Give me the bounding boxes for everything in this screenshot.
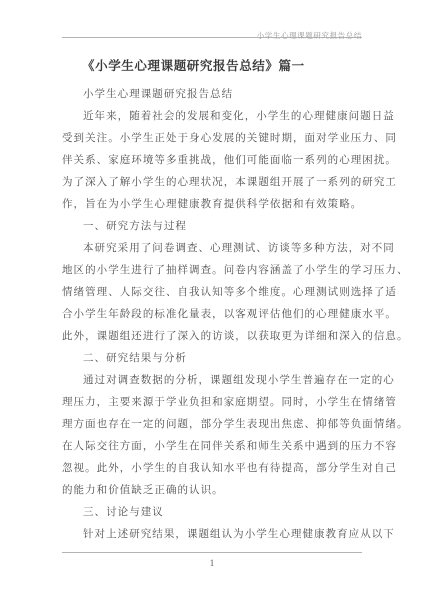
page-header: 小学生心理课题研究报告总结	[62, 25, 362, 38]
paragraph-container: 小学生心理课题研究报告总结近年来，随着社会的发展和变化，小学生的心理健康问题日益…	[62, 84, 362, 546]
page-footer: 1	[62, 552, 362, 571]
text-line: 一、研究方法与过程	[62, 216, 362, 238]
paragraph: 针对上述研究结果，课题组认为小学生心理健康教育应从以下	[62, 524, 362, 546]
paragraph: 近年来，随着社会的发展和变化，小学生的心理健康问题日益受到关注。小学生正处于身心…	[62, 106, 362, 216]
text-line: 理压力，主要来源于学业负担和家庭期望。同时，小学生在情绪管	[62, 392, 362, 414]
text-line: 受到关注。小学生正处于身心发展的关键时期，面对学业压力、同	[62, 128, 362, 150]
heading: 一、研究方法与过程	[62, 216, 362, 238]
paragraph: 通过对调查数据的分析，课题组发现小学生普遍存在一定的心理压力，主要来源于学业负担…	[62, 370, 362, 502]
document-body: 《小学生心理课题研究报告总结》篇一 小学生心理课题研究报告总结近年来，随着社会的…	[62, 58, 362, 546]
paragraph: 小学生心理课题研究报告总结	[62, 84, 362, 106]
text-line: 为了深入了解小学生的心理状况，本课题组开展了一系列的研究工	[62, 172, 362, 194]
text-line: 本研究采用了问卷调查、心理测试、访谈等多种方法，对不同	[62, 238, 362, 260]
document-page: 小学生心理课题研究报告总结 《小学生心理课题研究报告总结》篇一 小学生心理课题研…	[0, 0, 424, 600]
text-line: 在人际交往方面，小学生在同伴关系和师生关系中遇到的压力不容	[62, 436, 362, 458]
text-line: 二、研究结果与分析	[62, 348, 362, 370]
text-line: 合小学生年龄段的标准化量表，以客观评估他们的心理健康水平。	[62, 304, 362, 326]
heading: 二、研究结果与分析	[62, 348, 362, 370]
text-line: 伴关系、家庭环境等多重挑战，他们可能面临一系列的心理困扰。	[62, 150, 362, 172]
text-line: 近年来，随着社会的发展和变化，小学生的心理健康问题日益	[62, 106, 362, 128]
text-line: 小学生心理课题研究报告总结	[62, 84, 362, 106]
text-line: 地区的小学生进行了抽样调查。问卷内容涵盖了小学生的学习压力、	[62, 260, 362, 282]
text-line: 作，旨在为小学生心理健康教育提供科学依据和有效策略。	[62, 194, 362, 216]
text-line: 忽视。此外，小学生的自我认知水平也有待提高，部分学生对自己	[62, 458, 362, 480]
paragraph: 本研究采用了问卷调查、心理测试、访谈等多种方法，对不同地区的小学生进行了抽样调查…	[62, 238, 362, 348]
page-number: 1	[210, 558, 215, 568]
text-line: 针对上述研究结果，课题组认为小学生心理健康教育应从以下	[62, 524, 362, 546]
heading: 三、讨论与建议	[62, 502, 362, 524]
document-title: 《小学生心理课题研究报告总结》篇一	[62, 58, 362, 74]
text-line: 三、讨论与建议	[62, 502, 362, 524]
text-line: 此外，课题组还进行了深入的访谈，以获取更为详细和深入的信息。	[62, 326, 362, 348]
text-line: 情绪管理、人际交往、自我认知等多个维度。心理测试则选择了适	[62, 282, 362, 304]
text-line: 通过对调查数据的分析，课题组发现小学生普遍存在一定的心	[62, 370, 362, 392]
running-header-title: 小学生心理课题研究报告总结	[257, 31, 362, 40]
text-line: 理方面也存在一定的问题，部分学生表现出焦虑、抑郁等负面情绪。	[62, 414, 362, 436]
text-line: 的能力和价值缺乏正确的认识。	[62, 480, 362, 502]
